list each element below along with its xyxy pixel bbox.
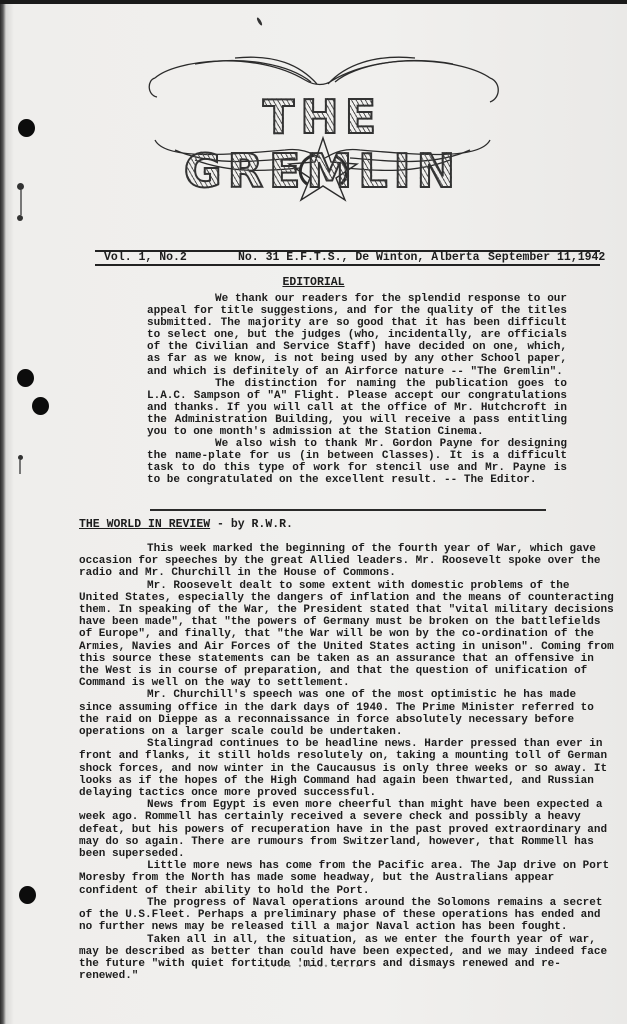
editorial-heading: EDITORIAL <box>0 276 627 289</box>
review-paragraph: Little more news has come from the Pacif… <box>79 860 614 897</box>
review-paragraph: Mr. Roosevelt dealt to some extent with … <box>79 580 614 690</box>
issue-date: September 11,1942 <box>488 252 605 264</box>
issue-location: No. 31 E.F.T.S., De Winton, Alberta <box>238 252 480 264</box>
review-body: This week marked the beginning of the fo… <box>79 543 614 982</box>
issue-info-bar: Vol. 1, No.2 No. 31 E.F.T.S., De Winton,… <box>95 250 600 266</box>
masthead: THE GREMLIN <box>135 40 510 210</box>
editorial-paragraph: We also wish to thank Mr. Gordon Payne f… <box>147 438 567 486</box>
binder-hole <box>32 397 49 415</box>
scan-top-edge <box>0 0 627 4</box>
review-paragraph: News from Egypt is even more cheerful th… <box>79 799 614 860</box>
binder-mark <box>17 183 24 190</box>
review-paragraph: The progress of Naval operations around … <box>79 897 614 934</box>
section-divider <box>150 509 546 511</box>
scan-speck <box>256 17 263 26</box>
binder-hole <box>17 369 34 387</box>
binder-mark <box>20 190 22 215</box>
review-paragraph: Mr. Churchill's speech was one of the mo… <box>79 689 614 738</box>
binder-mark <box>19 460 21 474</box>
newsletter-page: THE GREMLIN Vol. 1, No.2 No. 31 E.F.T.S.… <box>0 0 627 1024</box>
review-paragraph: Taken all in all, the situation, as we e… <box>79 934 614 983</box>
binder-mark <box>17 215 23 221</box>
masthead-title: THE GREMLIN <box>135 90 510 198</box>
binder-hole <box>18 119 35 137</box>
binder-hole <box>19 886 36 904</box>
review-heading: THE WORLD IN REVIEW - by R.W.R. <box>79 518 293 531</box>
review-paragraph: Stalingrad continues to be headline news… <box>79 738 614 799</box>
review-title: THE WORLD IN REVIEW <box>79 518 210 531</box>
closing-ornament: ****** ****** ****** <box>0 965 627 973</box>
editorial-paragraph: The distinction for naming the publicati… <box>147 378 567 438</box>
issue-volume: Vol. 1, No.2 <box>104 252 187 264</box>
editorial-paragraph: We thank our readers for the splendid re… <box>147 293 567 378</box>
review-byline: - by R.W.R. <box>210 518 293 531</box>
editorial-body: We thank our readers for the splendid re… <box>147 293 567 487</box>
review-paragraph: This week marked the beginning of the fo… <box>79 543 614 580</box>
